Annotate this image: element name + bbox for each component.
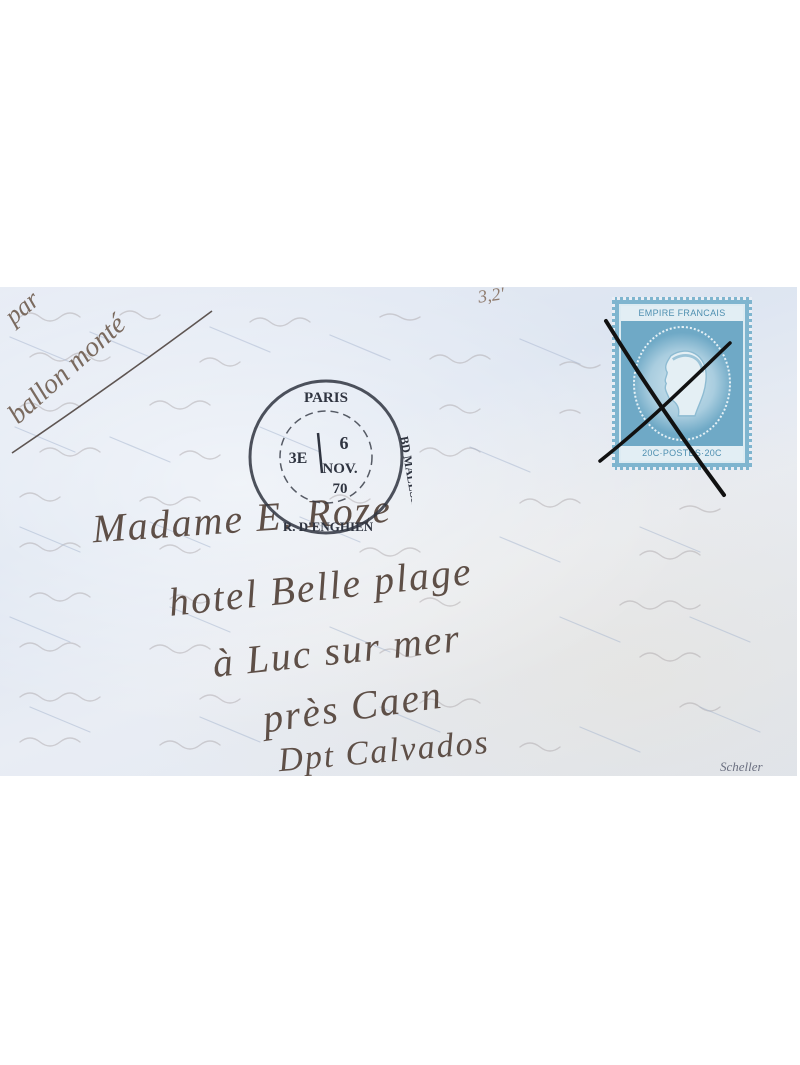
postmark-time: 3E bbox=[289, 450, 308, 467]
postmark-month: NOV. bbox=[322, 461, 357, 477]
postmark-city: PARIS bbox=[304, 390, 348, 406]
underline-stroke bbox=[0, 287, 240, 467]
postmark-office: R. D'ENGHIEN bbox=[283, 519, 374, 534]
pen-cross-cancel bbox=[598, 313, 738, 503]
postmark-year: 70 bbox=[333, 481, 348, 497]
postmark-office-right: BD MALESHERBES bbox=[397, 435, 412, 537]
pencil-signature: Scheller bbox=[720, 759, 763, 775]
postmark-day: 6 bbox=[340, 433, 349, 453]
pencil-note-top: 3,2' bbox=[477, 287, 506, 308]
postmark-cds: PARIS 3E 6 NOV. 70 R. D'ENGHIEN BD MALES… bbox=[240, 377, 412, 537]
